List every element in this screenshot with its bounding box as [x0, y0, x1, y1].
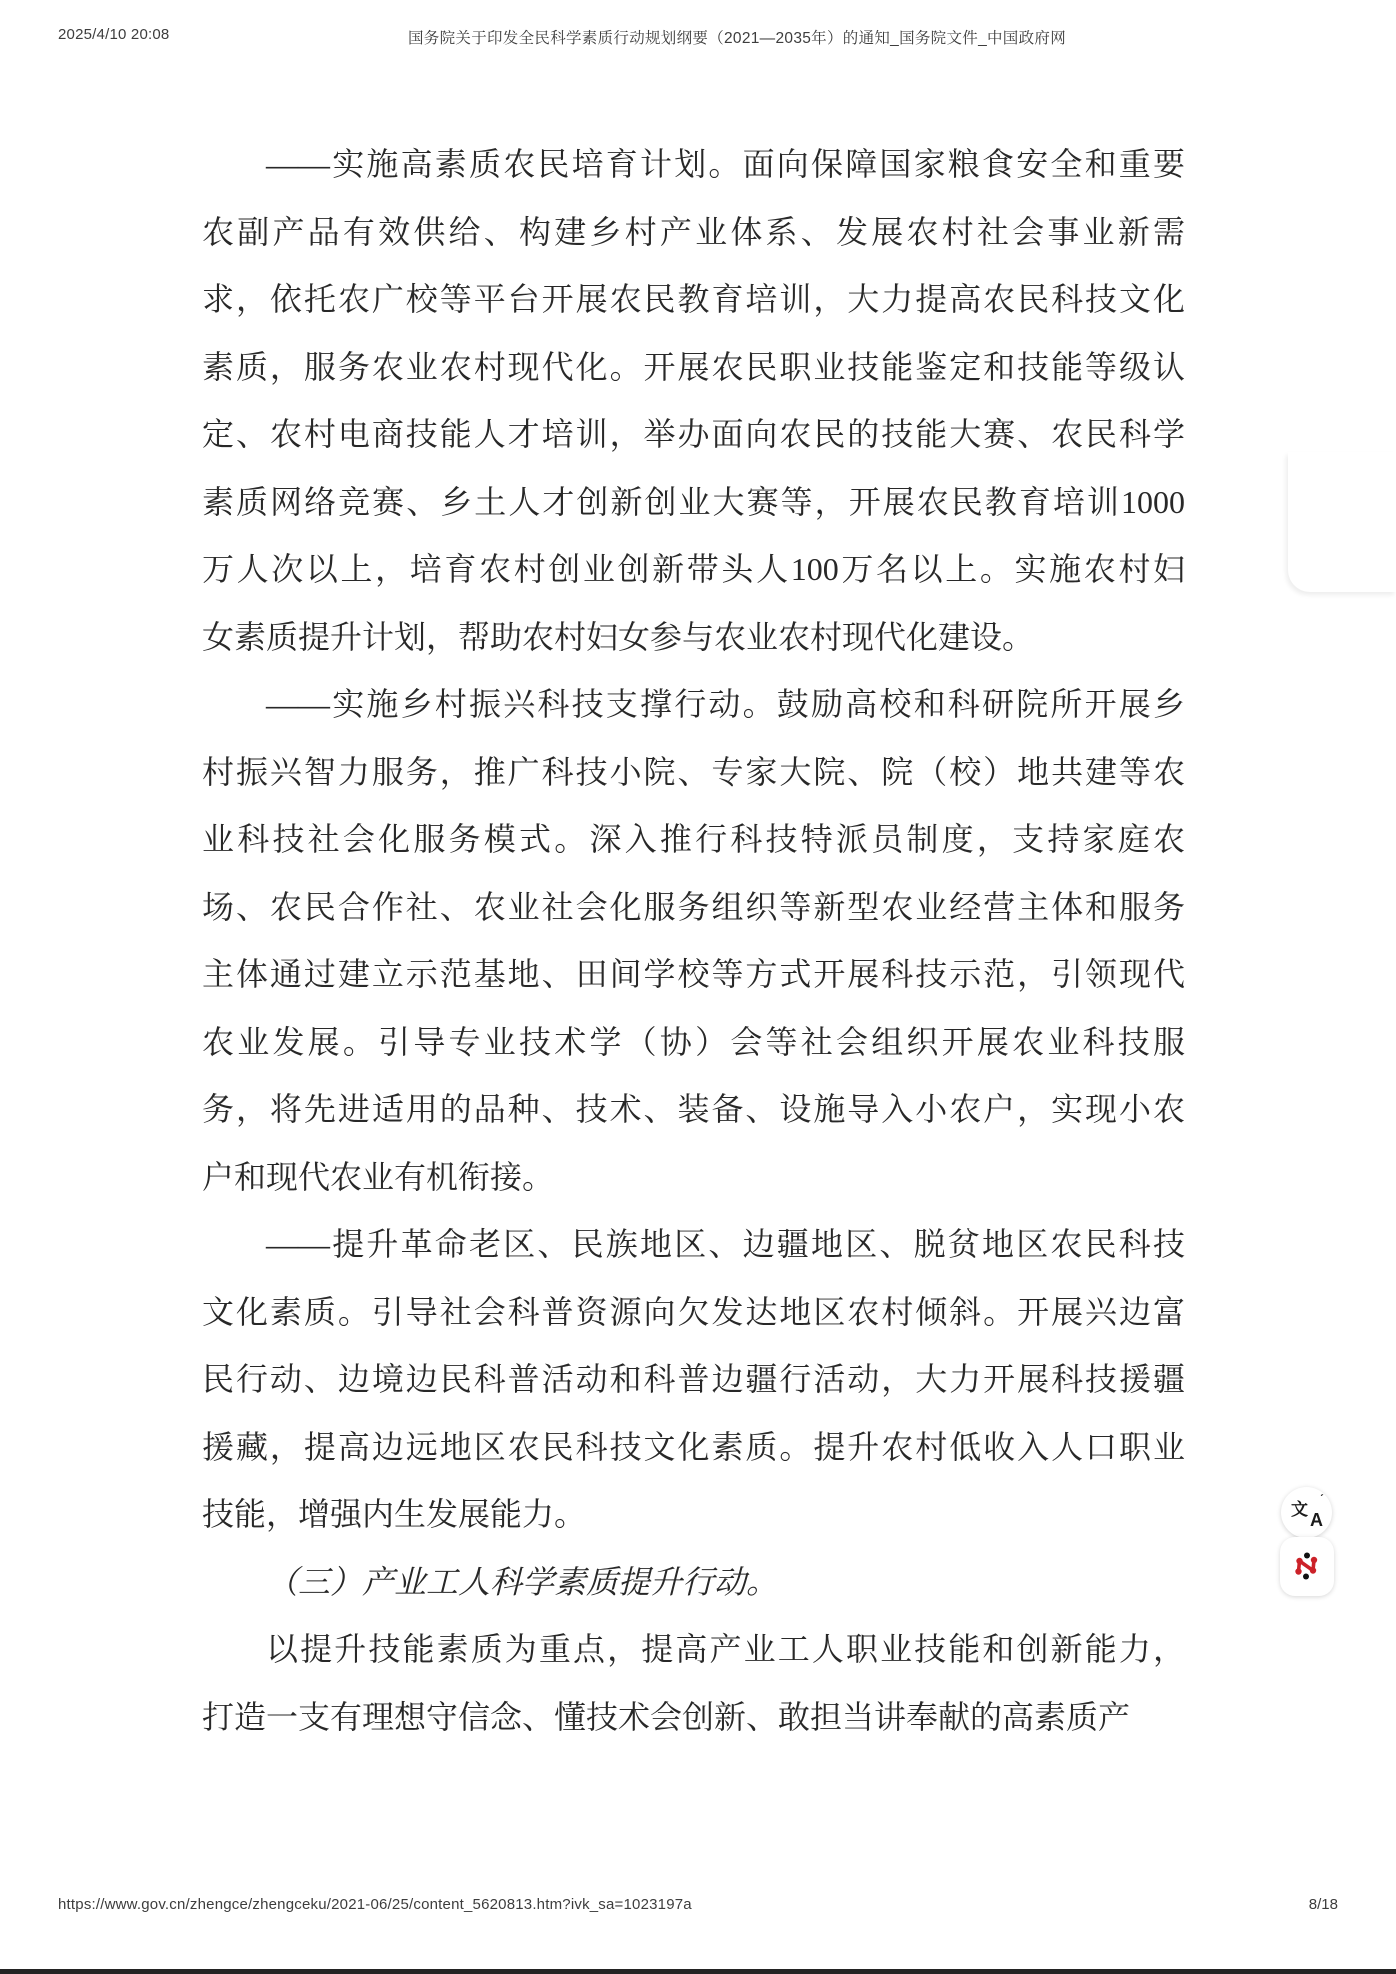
extension-n-icon: [1291, 1550, 1323, 1582]
document-line: 主体通过建立示范基地、田间学校等方式开展科技示范，引领现代: [202, 941, 1185, 1009]
document-line: 素质，服务农业农村现代化。开展农民职业技能鉴定和技能等级认: [202, 334, 1185, 402]
floating-panel-remnant: [1288, 452, 1396, 592]
document-line: 求，依托农广校等平台开展农民教育培训，大力提高农民科技文化: [202, 266, 1185, 334]
document-line: 农业发展。引导专业技术学（协）会等社会组织开展农业科技服: [202, 1009, 1185, 1077]
extension-button[interactable]: [1280, 1537, 1334, 1596]
document-body: ——实施高素质农民培育计划。面向保障国家粮食安全和重要农副产品有效供给、构建乡村…: [202, 131, 1185, 1751]
document-line: 援藏，提高边远地区农民科技文化素质。提升农村低收入人口职业: [202, 1414, 1185, 1482]
print-preview-page: { "header": { "timestamp": "2025/4/10 20…: [0, 0, 1396, 1974]
document-line: 农副产品有效供给、构建乡村产业体系、发展农村社会事业新需: [202, 199, 1185, 267]
translate-icon-accent-mark: ˊ: [1320, 1492, 1324, 1506]
document-line: 以提升技能素质为重点，提高产业工人职业技能和创新能力，: [202, 1616, 1185, 1684]
document-line: 村振兴智力服务，推广科技小院、专家大院、院（校）地共建等农: [202, 739, 1185, 807]
translate-icon-zh-glyph: 文: [1291, 1495, 1308, 1520]
document-line: 定、农村电商技能人才培训，举办面向农民的技能大赛、农民科学: [202, 401, 1185, 469]
document-line: 打造一支有理想守信念、懂技术会创新、敢担当讲奉献的高素质产: [202, 1684, 1185, 1752]
document-line: ——提升革命老区、民族地区、边疆地区、脱贫地区农民科技: [202, 1211, 1185, 1279]
document-line: ——实施乡村振兴科技支撑行动。鼓励高校和科研院所开展乡: [202, 671, 1185, 739]
document-line: 业科技社会化服务模式。深入推行科技特派员制度，支持家庭农: [202, 806, 1185, 874]
translate-icon-latin-glyph: A: [1310, 1510, 1323, 1531]
document-line: （三）产业工人科学素质提升行动。: [202, 1549, 1185, 1617]
document-line: 务，将先进适用的品种、技术、装备、设施导入小农户，实现小农: [202, 1076, 1185, 1144]
screen-bottom-edge: [0, 1969, 1396, 1974]
document-line: 素质网络竞赛、乡土人才创新创业大赛等，开展农民教育培训1000: [202, 469, 1185, 537]
document-line: 女素质提升计划，帮助农村妇女参与农业农村现代化建设。: [202, 604, 1185, 672]
document-line: 民行动、边境边民科普活动和科普边疆行活动，大力开展科技援疆: [202, 1346, 1185, 1414]
translate-button[interactable]: 文 ˊ A: [1281, 1487, 1332, 1538]
document-line: 场、农民合作社、农业社会化服务组织等新型农业经营主体和服务: [202, 874, 1185, 942]
print-footer-url: https://www.gov.cn/zhengce/zhengceku/202…: [58, 1896, 692, 1913]
document-line: 文化素质。引导社会科普资源向欠发达地区农村倾斜。开展兴边富: [202, 1279, 1185, 1347]
document-line: 万人次以上，培育农村创业创新带头人100万名以上。实施农村妇: [202, 536, 1185, 604]
translate-icon: 文 ˊ A: [1291, 1495, 1323, 1529]
print-footer-page-indicator: 8/18: [1309, 1896, 1338, 1913]
document-line: 技能，增强内生发展能力。: [202, 1481, 1185, 1549]
document-line: 户和现代农业有机衔接。: [202, 1144, 1185, 1212]
print-header-page-title: 国务院关于印发全民科学素质行动规划纲要（2021—2035年）的通知_国务院文件…: [408, 26, 1066, 48]
document-line: ——实施高素质农民培育计划。面向保障国家粮食安全和重要: [202, 131, 1185, 199]
print-header-timestamp: 2025/4/10 20:08: [58, 26, 169, 43]
